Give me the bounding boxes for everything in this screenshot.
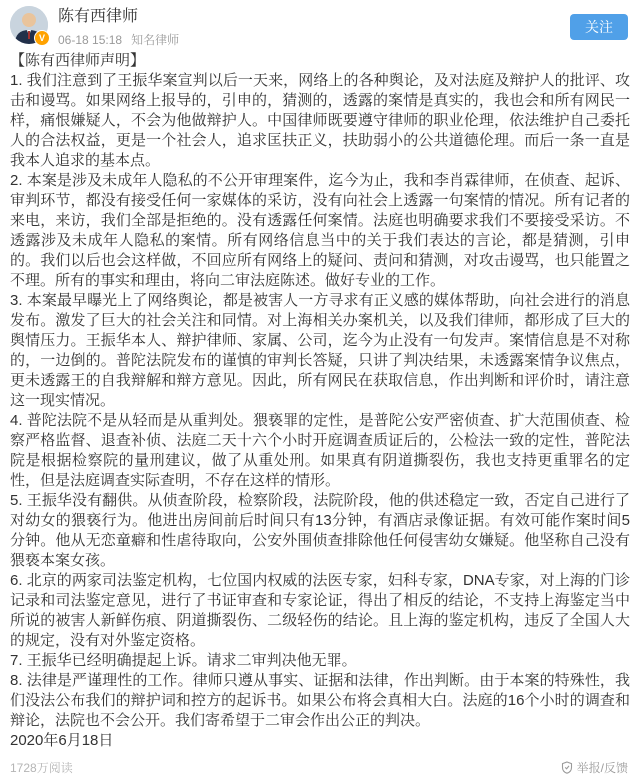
statement-paragraph-7: 7. 王振华已经明确提起上诉。请求二审判决他无罪。 (10, 651, 630, 671)
post-content: 【陈有西律师声明】 1. 我们注意到了王振华案宣判以后一天来，网络上的各种舆论，… (0, 48, 640, 751)
verified-badge-icon: V (34, 30, 50, 46)
statement-paragraph-1: 1. 我们注意到了王振华案宣判以后一天来，网络上的各种舆论，及对法庭及辩护人的批… (10, 71, 630, 171)
statement-paragraph-6: 6. 北京的两家司法鉴定机构，七位国内权威的法医专家，妇科专家，DNA专家，对上… (10, 571, 630, 651)
statement-paragraph-3: 3. 本案最早曝光上了网络舆论，都是被害人一方寻求有正义感的媒体帮助，向社会进行… (10, 291, 630, 411)
post-title: 【陈有西律师声明】 (10, 51, 630, 71)
statement-paragraph-4: 4. 普陀法院不是从轻而是从重判处。猥亵罪的定性，是普陀公安严密侦查、扩大范围侦… (10, 411, 630, 491)
post-meta: 06-18 15:18知名律师 (58, 31, 570, 48)
report-label: 举报/反馈 (577, 759, 628, 776)
statement-paragraph-8: 8. 法律是严谨理性的工作。律师只遵从事实、证据和法律，作出判断。由于本案的特殊… (10, 671, 630, 731)
user-title: 知名律师 (131, 33, 179, 47)
read-count: 1728万阅读 (10, 759, 73, 776)
post-footer: 1728万阅读 举报/反馈 (0, 751, 640, 776)
report-shield-icon (561, 761, 573, 774)
user-info: 陈有西律师 06-18 15:18知名律师 (58, 6, 570, 48)
statement-paragraph-5: 5. 王振华没有翻供。从侦查阶段，检察阶段，法院阶段，他的供述稳定一致，否定自己… (10, 491, 630, 571)
username[interactable]: 陈有西律师 (58, 7, 570, 27)
follow-button[interactable]: 关注 (570, 14, 628, 40)
post-timestamp: 06-18 15:18 (58, 33, 122, 47)
weibo-post-detail: V 陈有西律师 06-18 15:18知名律师 关注 【陈有西律师声明】 1. … (0, 0, 640, 779)
statement-paragraph-2: 2. 本案是涉及未成年人隐私的不公开审理案件，迄今为止，我和李肖霖律师，在侦查、… (10, 171, 630, 291)
report-link[interactable]: 举报/反馈 (561, 759, 628, 776)
post-header: V 陈有西律师 06-18 15:18知名律师 关注 (0, 0, 640, 48)
avatar[interactable]: V (10, 6, 48, 44)
statement-date: 2020年6月18日 (10, 731, 630, 751)
